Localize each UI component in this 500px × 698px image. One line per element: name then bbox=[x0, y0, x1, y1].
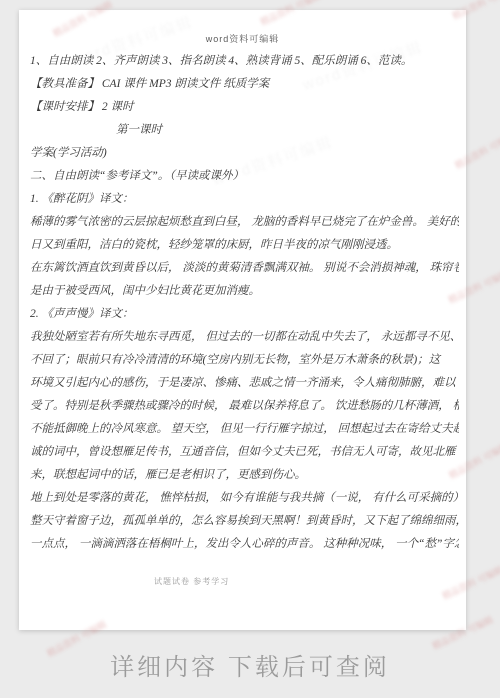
document-line: 是由于被受西风，闺中少妇比黄花更加消瘦。 bbox=[30, 280, 459, 303]
document-line: 稀薄的雾气浓密的云层掠起烦愁直到白昼， 龙脑的香料早已烧完了在炉金兽。 美好的节 bbox=[30, 211, 459, 234]
document-page: word资料可编辑 1、自由朗读 2、齐声朗读 3、指名朗读 4、熟读背诵 5、… bbox=[19, 10, 466, 630]
document-line: 整天守着窗子边，孤孤单单的，怎么容易挨到天黑啊！到黄昏时，又下起了绵绵细雨， bbox=[30, 510, 459, 533]
document-line: 学案(学习活动) bbox=[30, 142, 459, 165]
document-line: 不回了；眼前只有冷冷清清的环境(空房内别无长物，室外是万木萧条的秋景)；这 bbox=[30, 349, 459, 372]
document-line: 地上到处是零落的黄花， 憔悴枯损， 如今有谁能与我共摘（一说， 有什么可采摘的）… bbox=[30, 487, 459, 510]
document-footer-note: 试题试卷 参考学习 bbox=[154, 576, 229, 587]
document-line: 在东篱饮酒直饮到黄昏以后， 淡淡的黄菊清香飘满双袖。 别说不会消损神魂， 珠帘卷… bbox=[30, 257, 459, 280]
document-line: 第一课时 bbox=[30, 119, 459, 142]
document-line: 1. 《醉花阴》译文： bbox=[30, 188, 459, 211]
document-line: 我独处陋室若有所失地东寻西觅， 但过去的一切都在动乱中失去了， 永远都寻不见、 … bbox=[30, 326, 459, 349]
document-line: 2. 《声声慢》译文： bbox=[30, 303, 459, 326]
page-background: word资料可编辑 1、自由朗读 2、齐声朗读 3、指名朗读 4、熟读背诵 5、… bbox=[0, 0, 500, 698]
document-line: 一点点， 一滴滴洒落在梧桐叶上，发出令人心碎的声音。 这种种况味， 一个“愁”字… bbox=[30, 533, 459, 556]
document-line: 二、自由朗读“参考译文”。（早读或课外） bbox=[30, 165, 459, 188]
document-line: 来，联想起词中的话，雁已是老相识了，更感到伤心。 bbox=[30, 464, 459, 487]
document-line: 受了。特别是秋季骤热或骤冷的时候， 最难以保养将息了。 饮进愁肠的几杯薄酒， 根… bbox=[30, 395, 459, 418]
document-line: 不能抵御晚上的冷风寒意。 望天空， 但见一行行雁字掠过， 回想起过去在寄给丈夫赵… bbox=[30, 418, 459, 441]
document-line: 1、自由朗读 2、齐声朗读 3、指名朗读 4、熟读背诵 5、配乐朗诵 6、范读。 bbox=[30, 50, 459, 73]
document-header-note: word资料可编辑 bbox=[19, 32, 466, 45]
document-line: 日又到重阳，洁白的瓷枕，轻纱笼罩的床厨，昨日半夜的凉气刚刚浸透。 bbox=[30, 234, 459, 257]
document-line: 诚的词中，曾设想雁足传书，互通音信，但如今丈夫已死，书信无人可寄，故见北雁 bbox=[30, 441, 459, 464]
download-hint-text: 详细内容 下载后可查阅 bbox=[110, 647, 390, 682]
document-line: 【教具准备】 CAI 课件 MP3 朗读文件 纸质学案 bbox=[30, 73, 459, 96]
document-line: 【课时安排】 2 课时 bbox=[30, 96, 459, 119]
document-body: 1、自由朗读 2、齐声朗读 3、指名朗读 4、熟读背诵 5、配乐朗诵 6、范读。… bbox=[30, 50, 459, 556]
download-hint-banner[interactable]: 详细内容 下载后可查阅 bbox=[0, 630, 500, 698]
document-line: 环境又引起内心的感伤，于是凄凉、惨痛、悲戚之情一齐涌来，令人痛彻肺腑，难以 bbox=[30, 372, 459, 395]
